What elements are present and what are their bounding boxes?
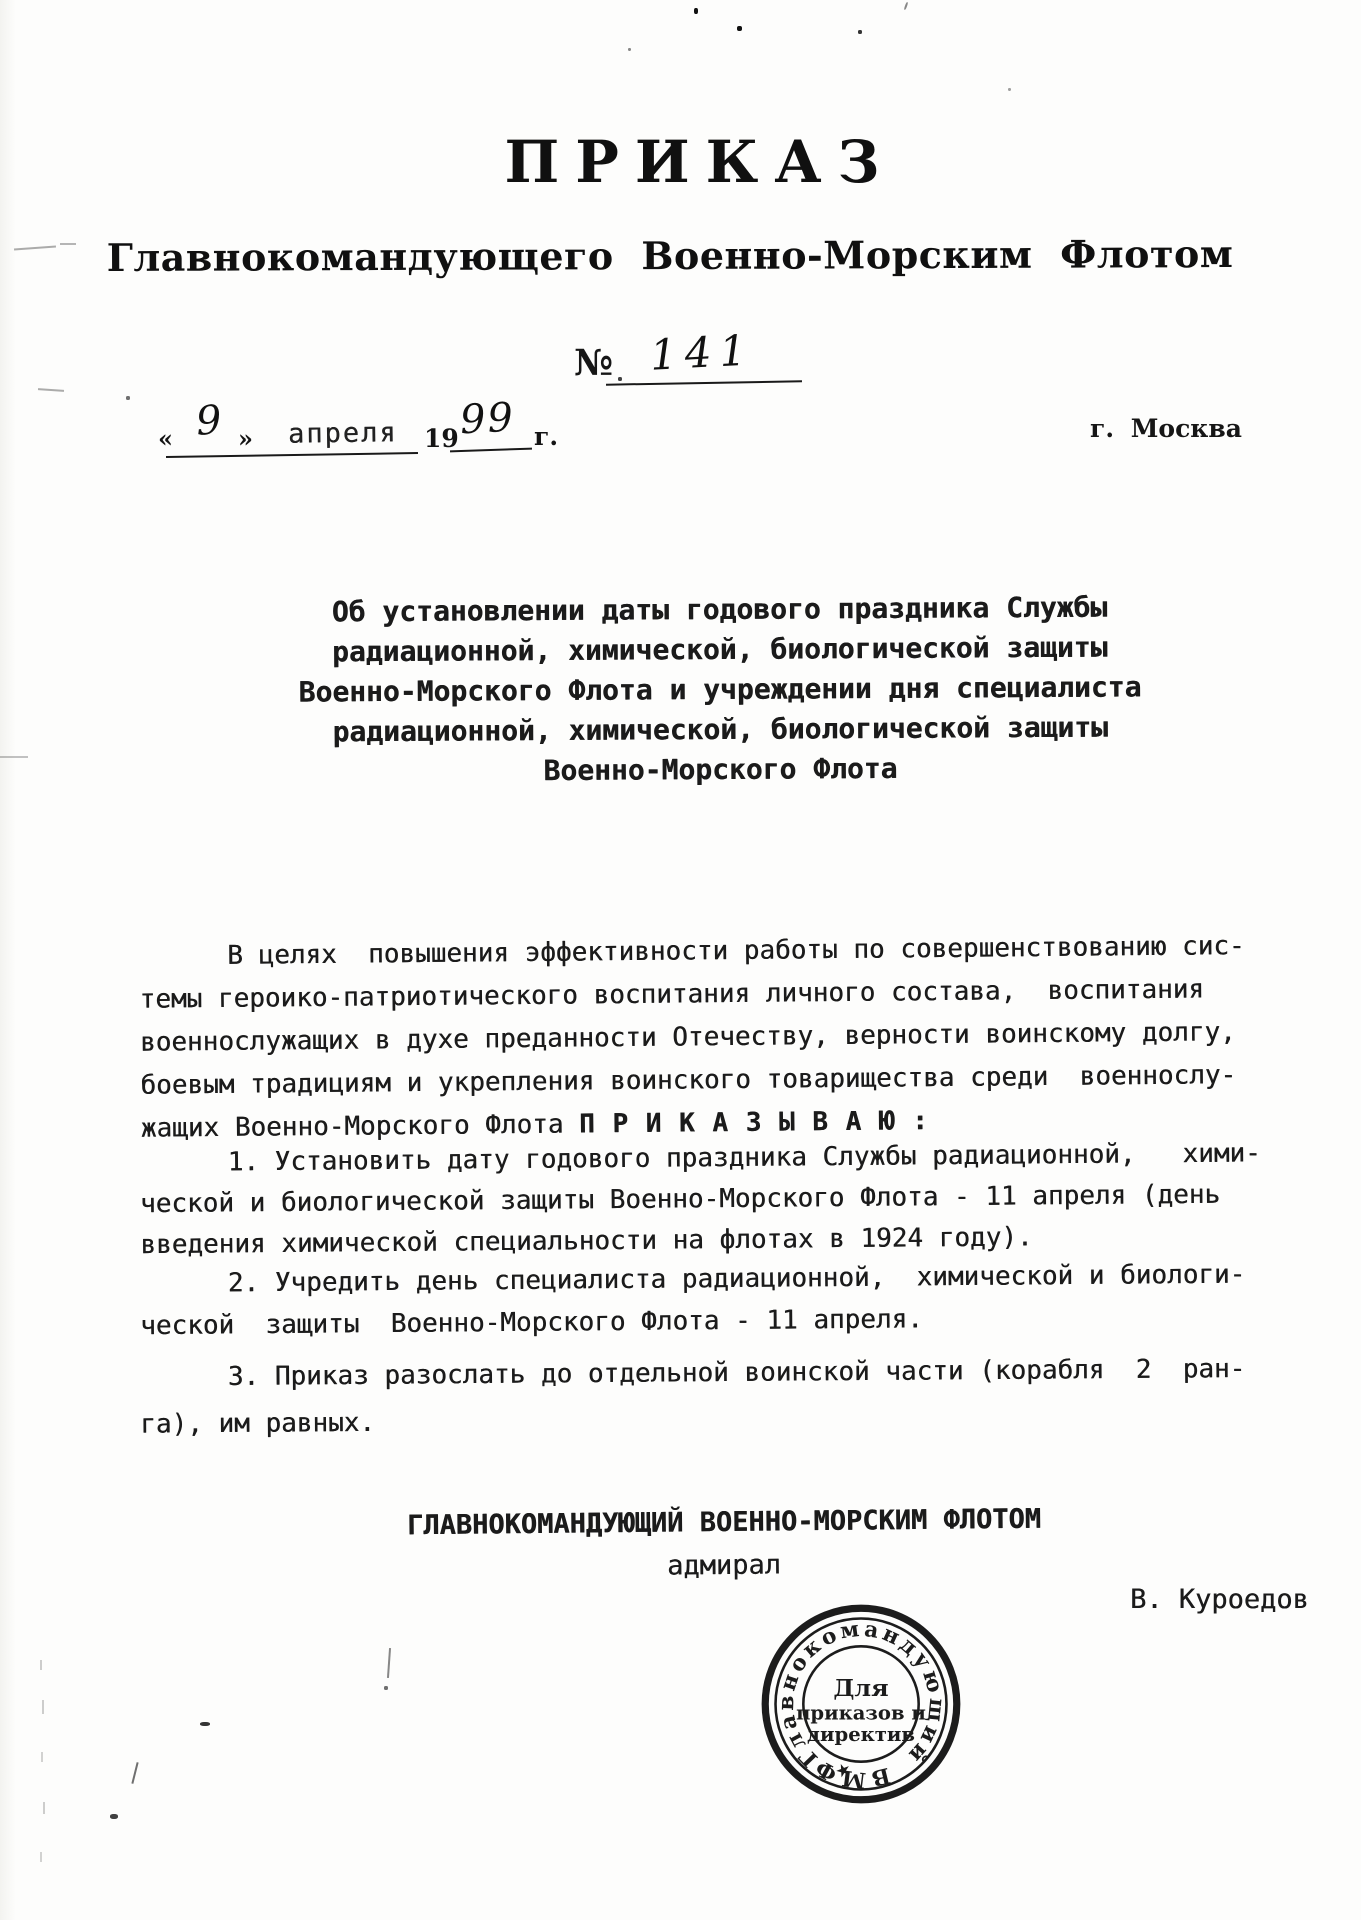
stamp-center-line3: директив — [807, 1723, 915, 1746]
scan-artifact — [110, 1814, 118, 1819]
date-year-underline — [450, 448, 532, 453]
body-paragraph-preamble: В целях повышения эффективности работы п… — [139, 924, 1331, 1150]
stamp-center-line1: Для — [833, 1674, 888, 1702]
body-paragraph-item1: 1. Установить дату годового праздника Сл… — [139, 1133, 1330, 1266]
date-close-quote: » — [238, 424, 253, 453]
number-underline — [606, 380, 802, 385]
scan-artifact — [0, 756, 28, 758]
scan-artifact — [387, 1648, 391, 1678]
scan-artifact — [126, 396, 130, 400]
date-year-handwritten: 99 — [459, 395, 516, 444]
date-underline — [166, 452, 418, 458]
scan-artifact — [40, 1660, 42, 1670]
body-line: га), им равных. — [140, 1392, 1330, 1448]
signature-name: В. Куроедов — [1130, 1584, 1309, 1615]
date-month: апреля — [288, 417, 398, 450]
scan-artifact — [43, 1802, 45, 1814]
scan-artifact — [42, 1700, 44, 1714]
scan-artifact — [628, 48, 631, 51]
prikaz-keyword: П Р И К А З Ы В А Ю : — [579, 1106, 929, 1139]
scan-artifact — [60, 243, 76, 245]
document-title: ПРИКАЗ — [150, 128, 1250, 196]
date-suffix: г. — [534, 422, 558, 451]
subject-heading: Об установлении даты годового праздника … — [149, 587, 1290, 794]
scan-artifact — [384, 1686, 388, 1690]
scan-artifact — [618, 377, 622, 381]
body-paragraph-item2: 2. Учредить день специалиста радиационно… — [140, 1253, 1331, 1347]
subject-line: Военно-Морского Флота и учреждении дня с… — [150, 667, 1290, 714]
scan-artifact — [904, 2, 909, 10]
stamp-center-line2: приказов и — [796, 1701, 926, 1724]
scan-artifact — [737, 26, 742, 31]
scan-artifact — [200, 1722, 210, 1726]
scan-artifact — [131, 1762, 138, 1784]
city-label: г. Москва — [1090, 414, 1242, 443]
subject-line: Об установлении даты годового праздника … — [149, 587, 1289, 634]
subject-line: радиационной, химической, биологической … — [150, 627, 1290, 674]
date-day-handwritten: 9 — [194, 397, 223, 445]
scan-artifact — [41, 1752, 43, 1762]
scan-artifact — [38, 388, 64, 392]
body-paragraph-item3: 3. Приказ разослать до отдельной воинско… — [140, 1345, 1331, 1448]
date-open-quote: « — [158, 424, 173, 453]
subject-line: Военно-Морского Флота — [150, 747, 1290, 794]
scan-artifact — [694, 8, 698, 14]
signature-position: ГЛАВНОКОМАНДУЮЩИЙ ВОЕННО-МОРСКИМ ФЛОТОМ — [150, 1502, 1298, 1544]
date-year-prefix: 19 — [424, 424, 459, 453]
official-stamp: Главнокомандующий ВМФ ★ Для приказов и д… — [758, 1601, 964, 1807]
subject-line: радиационной, химической, биологической … — [150, 707, 1290, 754]
signature-rank: адмирал — [150, 1545, 1298, 1586]
scan-artifact — [40, 1852, 42, 1862]
body-line: ческой защиты Военно-Морского Флота - 11… — [140, 1295, 1330, 1347]
scan-artifact — [14, 246, 56, 251]
scan-artifact — [858, 30, 862, 34]
scanned-order-page: ПРИКАЗ Главнокомандующего Военно-Морским… — [0, 0, 1361, 1920]
prikaz-prefix: жащих Военно-Морского Флота — [141, 1110, 580, 1144]
document-subtitle: Главнокомандующего Военно-Морским Флотом — [80, 231, 1260, 280]
order-number-label: № — [574, 342, 613, 384]
scan-artifact — [1008, 88, 1011, 91]
body-line: 3. Приказ разослать до отдельной воинско… — [140, 1345, 1330, 1401]
order-number-value: 141 — [649, 325, 756, 379]
